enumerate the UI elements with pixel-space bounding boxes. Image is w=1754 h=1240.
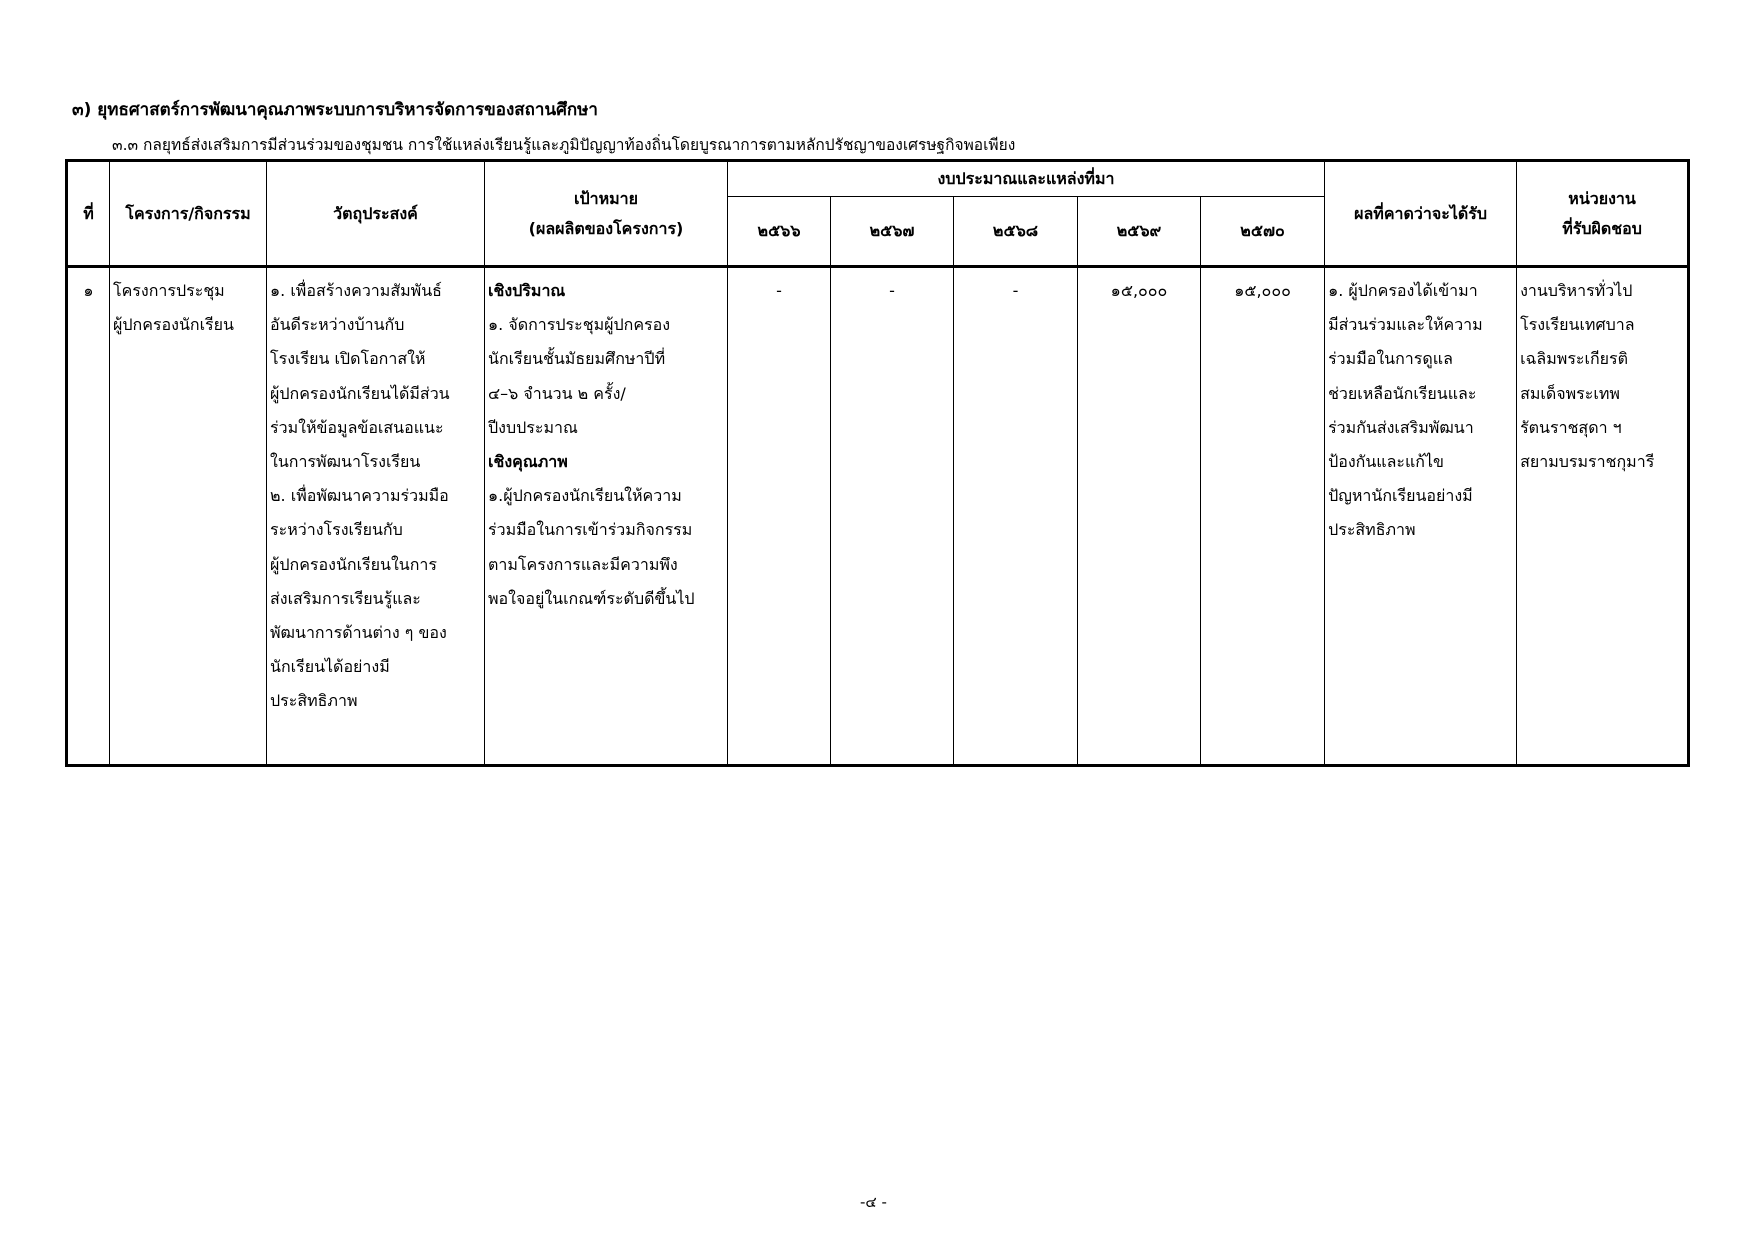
cell-line: ปัญหานักเรียนอย่างมี — [1328, 479, 1513, 513]
header-target-line2: (ผลผลิตของโครงการ) — [485, 214, 727, 244]
header-target-line1: เป้าหมาย — [485, 184, 727, 214]
cell-line: มีส่วนร่วมและให้ความ — [1328, 308, 1513, 342]
project-plan-table: ที่ โครงการ/กิจกรรม วัตถุประสงค์ เป้าหมา… — [65, 159, 1690, 767]
cell-subheading: เชิงปริมาณ — [488, 274, 724, 308]
cell-line: พอใจอยู่ในเกณฑ์ระดับดีขึ้นไป — [488, 582, 724, 616]
cell-line: โรงเรียน เปิดโอกาสให้ — [270, 342, 481, 376]
cell-line: งานบริหารทั่วไป — [1520, 274, 1684, 308]
header-responsible-line1: หน่วยงาน — [1517, 184, 1687, 214]
header-no: ที่ — [67, 161, 110, 267]
header-year: ๒๕๗๐ — [1201, 197, 1325, 267]
cell-line: ๑. เพื่อสร้างความสัมพันธ์ — [270, 274, 481, 308]
cell-subheading: เชิงคุณภาพ — [488, 445, 724, 479]
header-target: เป้าหมาย (ผลผลิตของโครงการ) — [485, 161, 728, 267]
cell-line: ประสิทธิภาพ — [1328, 513, 1513, 547]
header-expected-result: ผลที่คาดว่าจะได้รับ — [1325, 161, 1517, 267]
cell-line: สยามบรมราชกุมารี — [1520, 445, 1684, 479]
cell-line: สมเด็จพระเทพ — [1520, 377, 1684, 411]
cell-line: ปีงบประมาณ — [488, 411, 724, 445]
cell-line: ระหว่างโรงเรียนกับ — [270, 513, 481, 547]
cell-project: โครงการประชุมผู้ปกครองนักเรียน — [110, 267, 267, 766]
cell-line: ประสิทธิภาพ — [270, 684, 481, 718]
cell-budget-2566: - — [728, 267, 831, 766]
cell-line: พัฒนาการด้านต่าง ๆ ของ — [270, 616, 481, 650]
cell-responsible: งานบริหารทั่วไปโรงเรียนเทศบาลเฉลิมพระเกี… — [1517, 267, 1689, 766]
page-number: -๔ - — [860, 1190, 887, 1214]
cell-line: ร่วมมือในการดูแล — [1328, 342, 1513, 376]
cell-line: ส่งเสริมการเรียนรู้และ — [270, 582, 481, 616]
section-heading: ๓) ยุทธศาสตร์การพัฒนาคุณภาพระบบการบริหาร… — [72, 96, 598, 123]
cell-expected-result: ๑. ผู้ปกครองได้เข้ามามีส่วนร่วมและให้ควา… — [1325, 267, 1517, 766]
cell-line: ร่วมกันส่งเสริมพัฒนา — [1328, 411, 1513, 445]
cell-target: เชิงปริมาณ๑. จัดการประชุมผู้ปกครองนักเรี… — [485, 267, 728, 766]
cell-no: ๑ — [67, 267, 110, 766]
cell-line: ร่วมให้ข้อมูลข้อเสนอแนะ — [270, 411, 481, 445]
header-year: ๒๕๖๖ — [728, 197, 831, 267]
cell-line: ๒. เพื่อพัฒนาความร่วมมือ — [270, 479, 481, 513]
cell-line: ๑. จัดการประชุมผู้ปกครอง — [488, 308, 724, 342]
cell-line: ตามโครงการและมีความพึง — [488, 548, 724, 582]
cell-line: ผู้ปกครองนักเรียนได้มีส่วน — [270, 377, 481, 411]
header-year: ๒๕๖๘ — [954, 197, 1078, 267]
header-budget-group: งบประมาณและแหล่งที่มา — [728, 161, 1325, 197]
cell-line: นักเรียนชั้นมัธยมศึกษาปีที่ — [488, 342, 724, 376]
header-responsible: หน่วยงาน ที่รับผิดชอบ — [1517, 161, 1689, 267]
cell-line: ร่วมมือในการเข้าร่วมกิจกรรม — [488, 513, 724, 547]
cell-budget-2570: ๑๕,๐๐๐ — [1201, 267, 1325, 766]
cell-objective: ๑. เพื่อสร้างความสัมพันธ์อันดีระหว่างบ้า… — [267, 267, 485, 766]
cell-line: ช่วยเหลือนักเรียนและ — [1328, 377, 1513, 411]
header-year: ๒๕๖๗ — [831, 197, 954, 267]
cell-line: โรงเรียนเทศบาล — [1520, 308, 1684, 342]
cell-line: ผู้ปกครองนักเรียน — [113, 308, 263, 342]
header-project: โครงการ/กิจกรรม — [110, 161, 267, 267]
cell-line: ๑.ผู้ปกครองนักเรียนให้ความ — [488, 479, 724, 513]
cell-budget-2568: - — [954, 267, 1078, 766]
cell-line: ป้องกันและแก้ไข — [1328, 445, 1513, 479]
cell-line: ในการพัฒนาโรงเรียน — [270, 445, 481, 479]
cell-line: อันดีระหว่างบ้านกับ — [270, 308, 481, 342]
cell-line: รัตนราชสุดา ฯ — [1520, 411, 1684, 445]
cell-budget-2567: - — [831, 267, 954, 766]
header-responsible-line2: ที่รับผิดชอบ — [1517, 214, 1687, 244]
cell-line: นักเรียนได้อย่างมี — [270, 650, 481, 684]
cell-line: ๑. ผู้ปกครองได้เข้ามา — [1328, 274, 1513, 308]
cell-line: เฉลิมพระเกียรติ — [1520, 342, 1684, 376]
table-row: ๑ โครงการประชุมผู้ปกครองนักเรียน ๑. เพื่… — [67, 267, 1689, 766]
cell-line: ผู้ปกครองนักเรียนในการ — [270, 548, 481, 582]
cell-line: โครงการประชุม — [113, 274, 263, 308]
cell-budget-2569: ๑๕,๐๐๐ — [1078, 267, 1201, 766]
header-year: ๒๕๖๙ — [1078, 197, 1201, 267]
cell-line: ๔–๖ จำนวน ๒ ครั้ง/ — [488, 377, 724, 411]
strategy-subheading: ๓.๓ กลยุทธ์ส่งเสริมการมีส่วนร่วมของชุมชน… — [112, 132, 1015, 157]
header-objective: วัตถุประสงค์ — [267, 161, 485, 267]
